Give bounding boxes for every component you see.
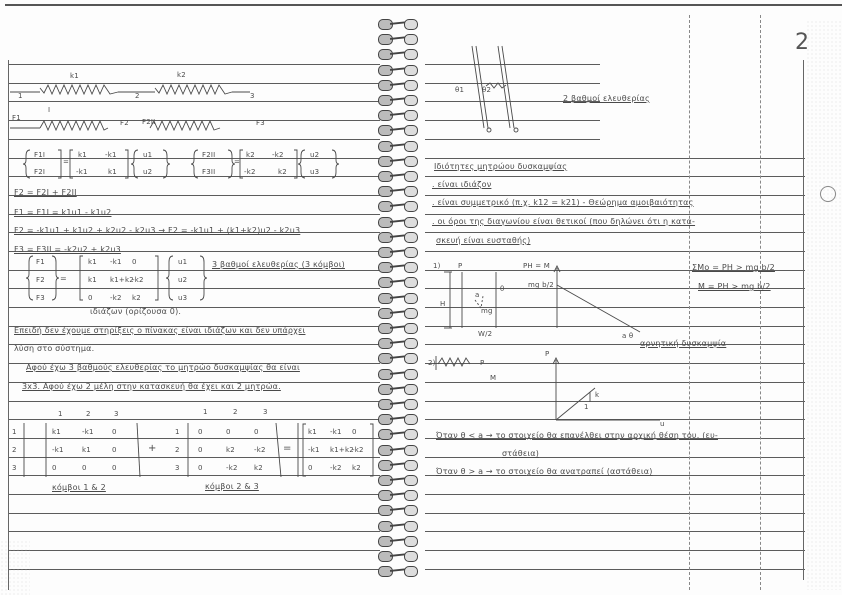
theta-1-label: θ1 bbox=[455, 86, 464, 94]
diagram-1-PH: PH = M bbox=[523, 262, 550, 270]
global-k-cell: -k2 bbox=[110, 294, 122, 302]
property-1: . είναι ιδιάζον bbox=[432, 180, 491, 189]
result-cell: k2 bbox=[352, 464, 361, 472]
eq1-m11: k1 bbox=[78, 151, 87, 159]
notebook-page: 2 bbox=[0, 0, 842, 595]
global-k-cell: -k2 bbox=[132, 276, 144, 284]
dof-note-right: 2 βαθμοί ελευθερίας bbox=[563, 94, 650, 103]
result-cell: 0 bbox=[352, 428, 357, 436]
eq2-m21: -k2 bbox=[244, 168, 256, 176]
diagram-1-theta: θ bbox=[500, 285, 504, 293]
matB-row-header: 1 bbox=[175, 428, 180, 436]
node-2: 2 bbox=[135, 92, 140, 100]
diagram-1-a-theta: a θ bbox=[622, 332, 633, 340]
matA-cell: -k1 bbox=[52, 446, 64, 454]
global-k-cell: k1 bbox=[88, 258, 97, 266]
matB-cell: -k2 bbox=[254, 446, 266, 454]
spring-label-k2: k2 bbox=[177, 71, 186, 79]
eq1-equals: = bbox=[63, 158, 69, 166]
result-cell: -k1 bbox=[308, 446, 320, 454]
result-cell: k1+k2 bbox=[330, 446, 354, 454]
properties-title: Ιδιότητες μητρώου δυσκαμψίας bbox=[434, 162, 567, 171]
eq2-m22: k2 bbox=[278, 168, 287, 176]
eq1-m22: k1 bbox=[108, 168, 117, 176]
equation-f1: F1 = F1I = k1u1 - k1u2 bbox=[14, 208, 111, 217]
node-1: 1 bbox=[18, 92, 23, 100]
eq2-lhs-top: F2II bbox=[202, 151, 215, 159]
matB-cell: 0 bbox=[198, 428, 203, 436]
global-k-cell: 0 bbox=[88, 294, 93, 302]
conclusion-1: Όταν θ < a → το στοιχείο θα επανέλθει στ… bbox=[436, 431, 718, 440]
diagram-2-P-axis: P bbox=[545, 350, 549, 358]
singular-note: ιδιάζων (ορίζουσα 0). bbox=[90, 307, 181, 316]
matA-cell: k1 bbox=[82, 446, 91, 454]
eq1-u-bot: u2 bbox=[143, 168, 152, 176]
result-cell: 0 bbox=[308, 464, 313, 472]
eq2-m11: k2 bbox=[246, 151, 255, 159]
diagram-2-M: M bbox=[490, 374, 496, 382]
matB-col-header: 3 bbox=[263, 408, 268, 416]
global-k-cell: -k1 bbox=[110, 258, 122, 266]
matB-row-header: 3 bbox=[175, 464, 180, 472]
global-k-cell: k1 bbox=[88, 276, 97, 284]
matA-col-header: 3 bbox=[114, 410, 119, 418]
matA-row-header: 3 bbox=[12, 464, 17, 472]
matB-cell: k2 bbox=[254, 464, 263, 472]
dof-note: 3 βαθμοί ελευθερίας (3 κόμβοι) bbox=[212, 260, 345, 269]
paragraph-2-line-1: Αφού έχω 3 βαθμούς ελευθερίας το μητρώο … bbox=[26, 363, 300, 372]
diagram-1-mg: mg bbox=[481, 307, 493, 315]
diagram-1-a: a bbox=[475, 291, 480, 299]
conclusion-2: Όταν θ > a → το στοιχείο θα ανατραπεί (α… bbox=[436, 467, 653, 476]
assembly-caption-a: κόμβοι 1 & 2 bbox=[52, 483, 106, 492]
eq2-m12: -k2 bbox=[272, 151, 284, 159]
moment-equation-1: ΣMo = PH > mg b/2 bbox=[692, 263, 775, 272]
matB-cell: 0 bbox=[226, 428, 231, 436]
equation-f2: F2 = -k1u1 + k1u2 + k2u2 - k2u3 → F2 = -… bbox=[14, 226, 300, 235]
global-force-3: F3 bbox=[36, 294, 45, 302]
assembly-equals: = bbox=[283, 443, 292, 454]
global-k-cell: k1+k2 bbox=[110, 276, 134, 284]
global-disp-2: u2 bbox=[178, 276, 187, 284]
global-disp-1: u1 bbox=[178, 258, 187, 266]
negative-stiffness-caption: αρνητική δυσκαμψία bbox=[640, 339, 726, 348]
result-cell: k1 bbox=[308, 428, 317, 436]
force-F2II: F2II bbox=[142, 118, 155, 126]
matA-cell: -k1 bbox=[82, 428, 94, 436]
matA-cell: 0 bbox=[112, 464, 117, 472]
element-label-I: I bbox=[48, 106, 50, 114]
moment-equation-2: M = PH > mg b/2 bbox=[698, 282, 771, 291]
diagram-2-P: P bbox=[480, 359, 484, 367]
matB-cell: k2 bbox=[226, 446, 235, 454]
assembly-caption-b: κόμβοι 2 & 3 bbox=[205, 482, 259, 491]
node-3: 3 bbox=[250, 92, 255, 100]
matB-cell: 0 bbox=[198, 464, 203, 472]
diagram-1-H: H bbox=[440, 300, 445, 308]
matA-cell: 0 bbox=[112, 446, 117, 454]
eq1-m21: -k1 bbox=[76, 168, 88, 176]
matB-col-header: 2 bbox=[233, 408, 238, 416]
eq2-u-top: u2 bbox=[310, 151, 319, 159]
diagram-1-W2: W/2 bbox=[478, 330, 492, 338]
property-3: . οι όροι της διαγωνίου είναι θετικοί (π… bbox=[432, 217, 695, 226]
global-eq-equals: = bbox=[60, 274, 67, 283]
diagram-2-one: 1 bbox=[584, 403, 589, 411]
property-3-cont: σκευή είναι ευσταθής) bbox=[436, 236, 530, 245]
eq2-lhs-bot: F3II bbox=[202, 168, 215, 176]
eq2-u-bot: u3 bbox=[310, 168, 319, 176]
equation-f3: F3 = F3II = -k2u2 + k2u3 bbox=[14, 245, 121, 254]
diagram-2-k: k bbox=[595, 391, 599, 399]
eq1-u-top: u1 bbox=[143, 151, 152, 159]
paragraph-2-line-2: 3x3. Αφού έχω 2 μέλη στην κατασκευή θα έ… bbox=[22, 382, 281, 391]
eq1-lhs-bot: F2I bbox=[34, 168, 45, 176]
spring-label-k1: k1 bbox=[70, 72, 79, 80]
theta-2-label: θ2 bbox=[482, 86, 491, 94]
handwritten-drawings bbox=[0, 0, 842, 595]
force-F3: F3 bbox=[256, 119, 265, 127]
global-force-1: F1 bbox=[36, 258, 45, 266]
matB-cell: 0 bbox=[254, 428, 259, 436]
diagram-1-marker: 1) bbox=[433, 262, 441, 270]
matA-col-header: 2 bbox=[86, 410, 91, 418]
matA-col-header: 1 bbox=[58, 410, 63, 418]
force-F2: F2 bbox=[120, 119, 129, 127]
global-k-cell: k2 bbox=[132, 294, 141, 302]
result-cell: -k1 bbox=[330, 428, 342, 436]
equation-f2-sum: F2 = F2I + F2II bbox=[14, 188, 77, 197]
diagram-1-P: P bbox=[458, 262, 462, 270]
result-cell: -k2 bbox=[330, 464, 342, 472]
diagram-2-marker: 2) bbox=[428, 359, 436, 367]
matA-cell: 0 bbox=[112, 428, 117, 436]
result-cell: -k2 bbox=[352, 446, 364, 454]
matA-cell: k1 bbox=[52, 428, 61, 436]
matB-cell: 0 bbox=[198, 446, 203, 454]
global-force-2: F2 bbox=[36, 276, 45, 284]
matB-cell: -k2 bbox=[226, 464, 238, 472]
paragraph-1-line-1: Επειδή δεν έχουμε στηρίξεις ο πίνακας εί… bbox=[14, 326, 305, 335]
matA-row-header: 1 bbox=[12, 428, 17, 436]
conclusion-1-cont: στάθεια) bbox=[502, 449, 539, 458]
paragraph-1-line-2: λύση στο σύστημα. bbox=[14, 344, 94, 353]
global-k-cell: 0 bbox=[132, 258, 137, 266]
matA-cell: 0 bbox=[82, 464, 87, 472]
property-2: . είναι συμμετρικό (π.χ. k12 = k21) - Θε… bbox=[432, 198, 694, 207]
matB-row-header: 2 bbox=[175, 446, 180, 454]
diagram-2-u: u bbox=[660, 420, 665, 428]
eq1-m12: -k1 bbox=[105, 151, 117, 159]
force-F1: F1 bbox=[12, 114, 21, 122]
diagram-1-mg-b2: mg b/2 bbox=[528, 281, 554, 289]
eq1-lhs-top: F1I bbox=[34, 151, 45, 159]
matB-col-header: 1 bbox=[203, 408, 208, 416]
assembly-plus: + bbox=[148, 443, 157, 454]
matA-cell: 0 bbox=[52, 464, 57, 472]
eq2-equals: = bbox=[234, 158, 240, 166]
matA-row-header: 2 bbox=[12, 446, 17, 454]
global-disp-3: u3 bbox=[178, 294, 187, 302]
